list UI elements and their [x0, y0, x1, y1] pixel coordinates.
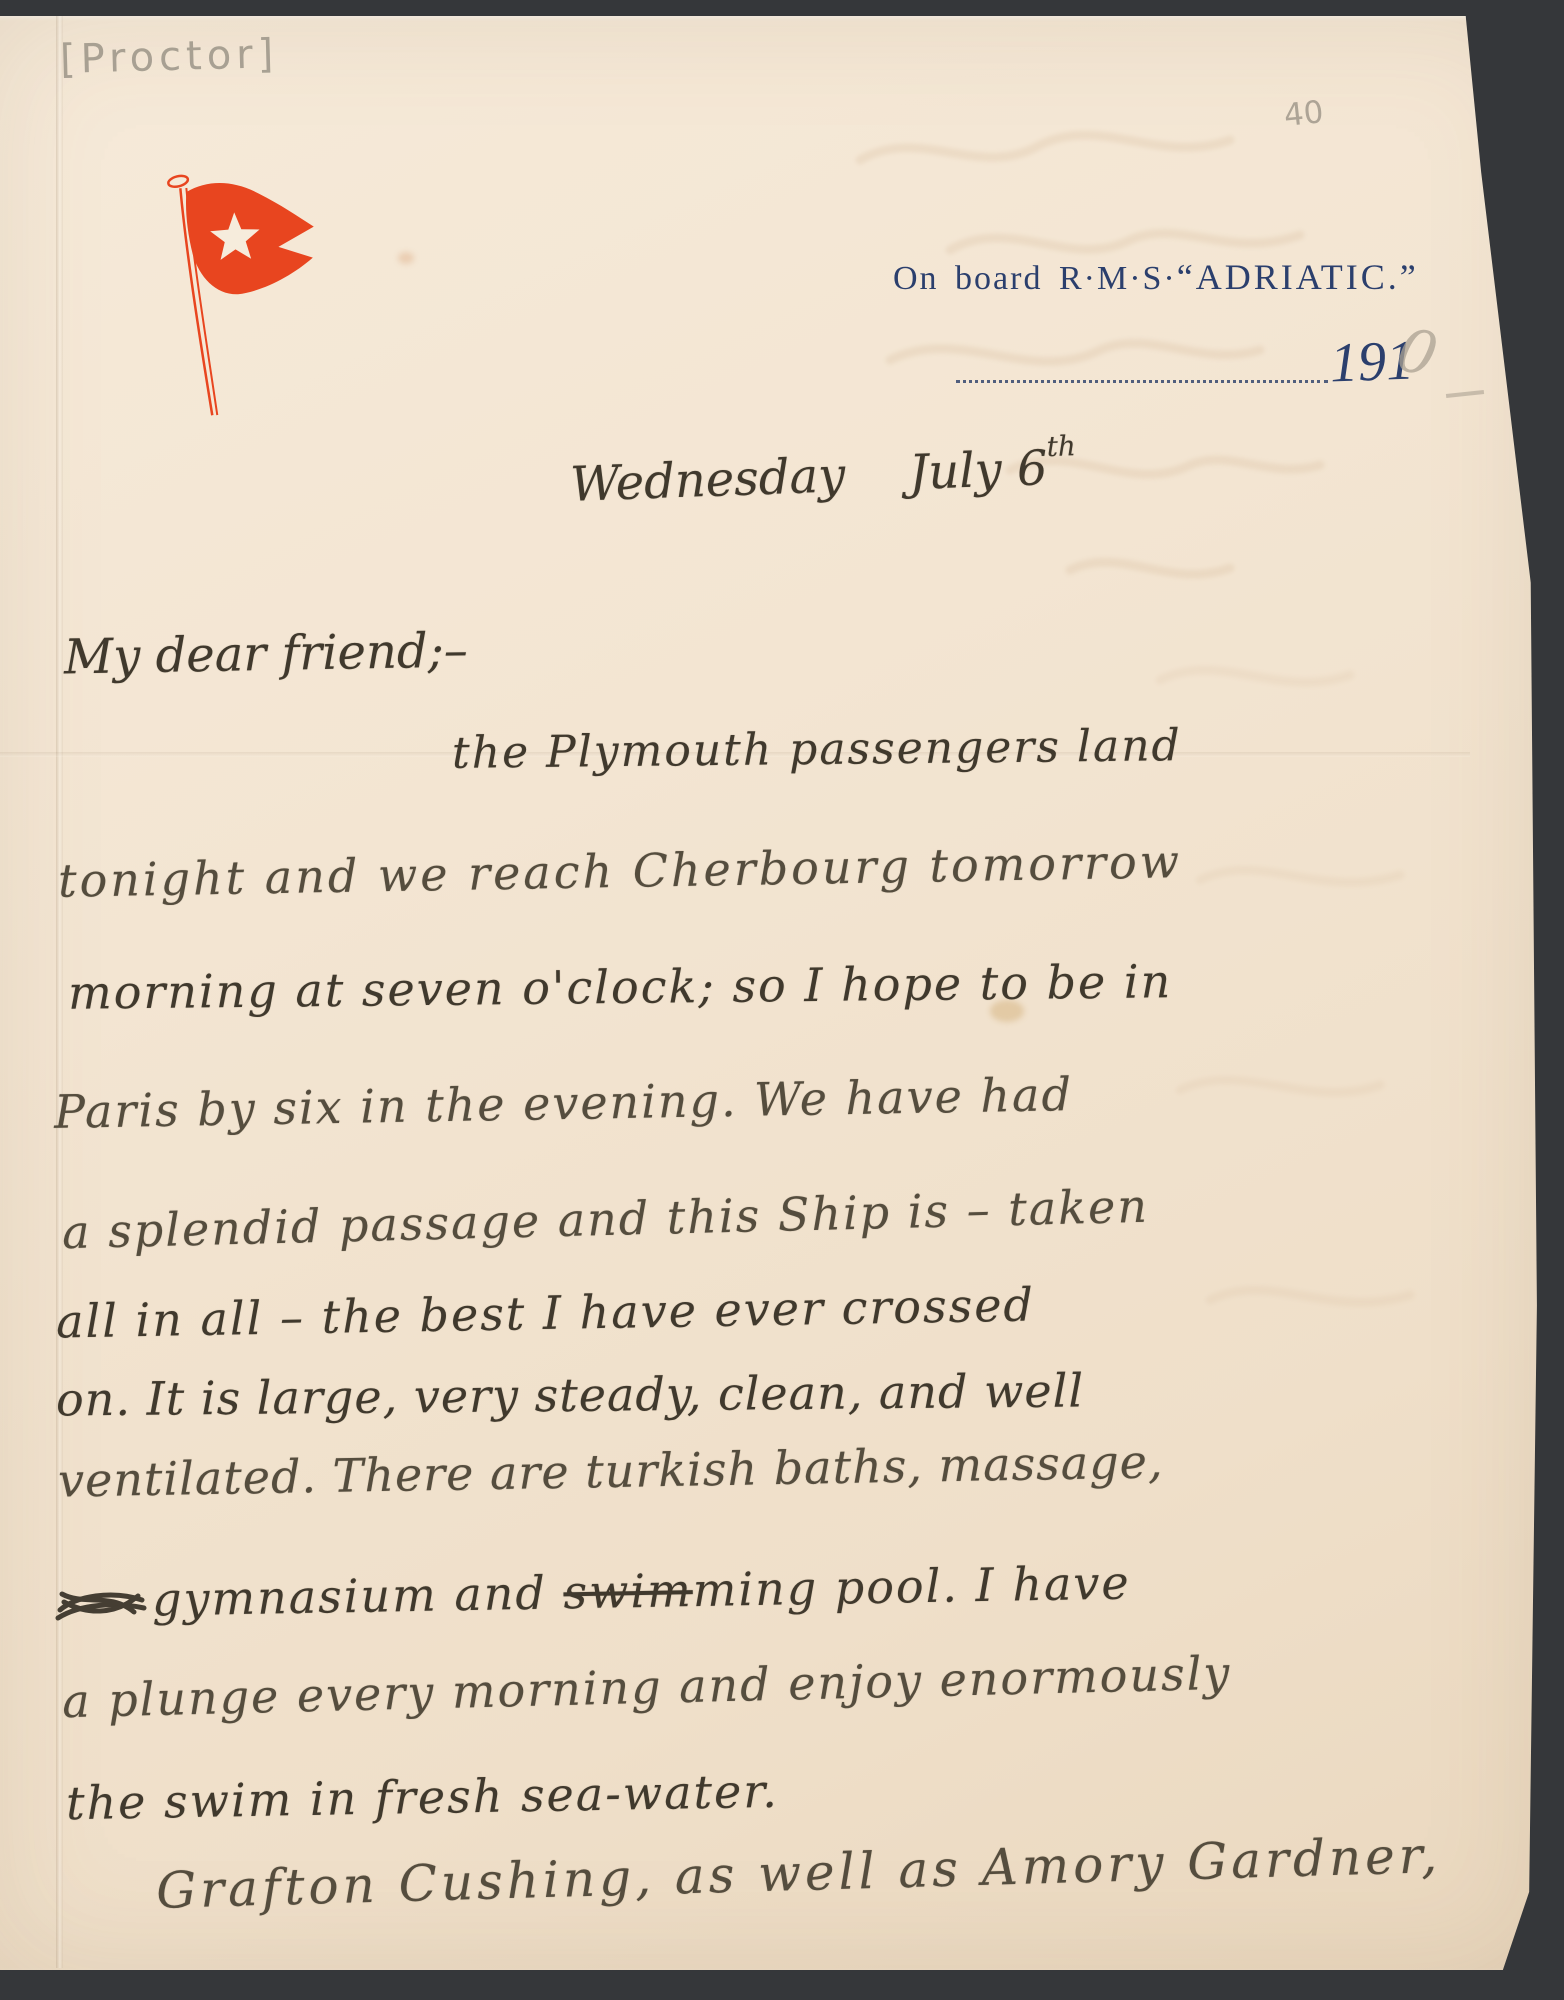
date-dotted-line: [956, 340, 1328, 383]
crossed-out-word-scribble: [54, 1576, 150, 1628]
line-part: ming pool. I have: [692, 1555, 1131, 1617]
archivist-annotation: [Proctor]: [59, 31, 278, 83]
line-part: gymnasium and: [152, 1565, 564, 1626]
letter-scan: [Proctor] 40 On board R·M·S·“ADRIATIC.” …: [0, 0, 1564, 2000]
dateline-ordinal: th: [1046, 429, 1076, 463]
paper-stain: [398, 252, 414, 264]
handwritten-line: on. It is large, very steady, clean, and…: [56, 1364, 1085, 1427]
letterhead-line: On board R·M·S·“ADRIATIC.”: [893, 256, 1419, 298]
dateline-day: Wednesday: [569, 447, 846, 513]
white-star-line-flag-icon: [136, 162, 357, 421]
salutation: My dear friend;–: [64, 622, 469, 685]
handwritten-line: morning at seven o'clock; so I hope to b…: [68, 954, 1173, 1020]
struck-word: swim: [563, 1563, 693, 1619]
letterhead-ship-name: “ADRIATIC.”: [1177, 257, 1419, 297]
handwritten-line: the Plymouth passengers land: [452, 720, 1182, 779]
letterhead-onboard-text: On board R·M·S·: [893, 260, 1177, 297]
dateline-month-day: July 6: [908, 440, 1048, 501]
page-number-annotation: 40: [1282, 94, 1325, 134]
ink-bleed-through-marks: [1120, 620, 1540, 1520]
